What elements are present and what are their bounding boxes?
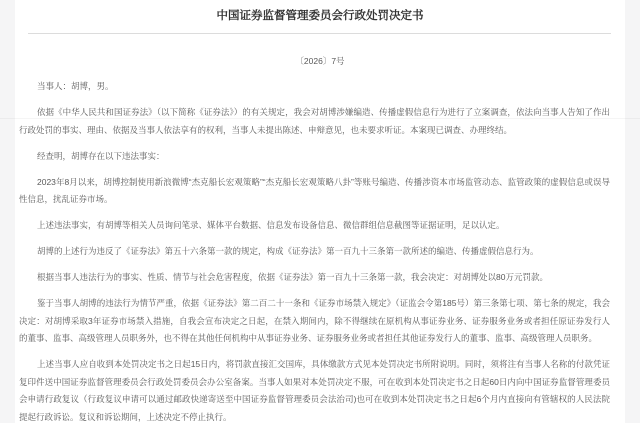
document-body: 当事人：胡博，男。依据《中华人民共和国证券法》（以下简称《证券法》）的有关规定，… bbox=[19, 78, 610, 423]
page-title: 中国证券监督管理委员会行政处罚决定书 bbox=[15, 7, 625, 25]
paragraph: 当事人：胡博，男。 bbox=[19, 78, 610, 96]
right-gutter bbox=[625, 0, 640, 423]
paragraph: 经查明，胡博存在以下违法事实： bbox=[19, 148, 610, 166]
paragraph: 根据当事人违法行为的事实、性质、情节与社会危害程度，依据《证券法》第一百九十三条… bbox=[19, 269, 610, 287]
paragraph: 依据《中华人民共和国证券法》（以下简称《证券法》）的有关规定，我会对胡博涉嫌编造… bbox=[19, 104, 610, 139]
document-number: 〔2026〕7号 bbox=[15, 54, 625, 68]
paragraph: 上述当事人应自收到本处罚决定书之日起15日内，将罚款直接汇交国库，具体缴款方式见… bbox=[19, 356, 610, 423]
title-divider bbox=[28, 33, 611, 34]
paragraph: 上述违法事实，有胡博等相关人员询问笔录、媒体平台数据、信息发布设备信息、微信群组… bbox=[19, 217, 610, 235]
document-page: 中国证券监督管理委员会行政处罚决定书 〔2026〕7号 当事人：胡博，男。依据《… bbox=[15, 0, 625, 423]
paragraph: 2023年8月以来，胡博控制使用新浪微博“杰克船长宏观策略”“杰克船长宏观策略八… bbox=[19, 174, 610, 209]
paragraph: 鉴于当事人胡博的违法行为情节严重，依据《证券法》第二百二十一条和《证券市场禁入规… bbox=[19, 295, 610, 348]
paragraph: 胡博的上述行为违反了《证券法》第五十六条第一款的规定，构成《证券法》第一百九十三… bbox=[19, 243, 610, 261]
left-gutter bbox=[0, 0, 15, 423]
